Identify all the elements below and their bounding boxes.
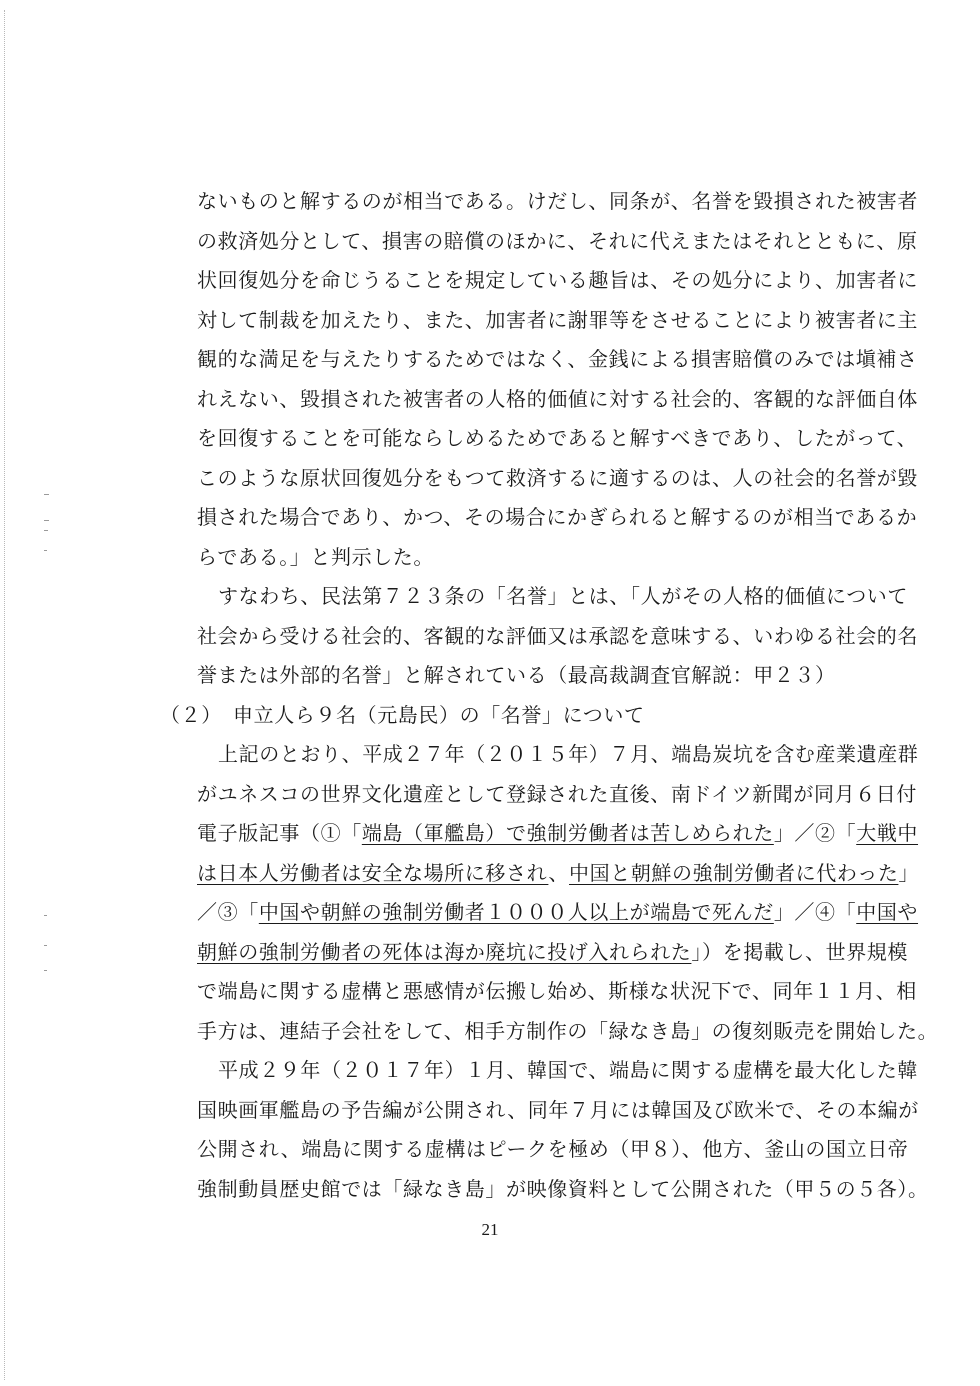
document-body: ないものと解するのが相当である。けだし、同条が、名誉を毀損された被害者の救済処分… [160, 182, 880, 1209]
scan-speck [44, 494, 49, 495]
text-line: 上記のとおり、平成２７年（２０１５年）７月、端島炭坑を含む産業遺産群 [160, 735, 880, 775]
text-segment: 公開され、端島に関する虚構はピークを極め（甲８）、他方、釜山の国立日帝 [197, 1137, 908, 1161]
text-segment: の救済処分として、損害の賠償のほかに、それに代えまたはそれとともに、原 [197, 229, 918, 253]
scan-speck [44, 530, 48, 531]
underlined-quote: 端島（軍艦島）で強制労働者は苦しめられた [362, 821, 774, 845]
text-segment: がユネスコの世界文化遺産として登録された直後、南ドイツ新聞が同月６日付 [197, 782, 917, 806]
underlined-quote: は日本人労働者は安全な場所に移され [197, 861, 548, 885]
text-segment: 状回復処分を命じうることを規定している趣旨は、その処分により、加害者に [197, 268, 918, 292]
text-segment: を回復することを可能ならしめるためであると解すべきであり、したがって、 [197, 426, 917, 450]
text-line: がユネスコの世界文化遺産として登録された直後、南ドイツ新聞が同月６日付 [160, 775, 880, 815]
underlined-quote: 中国と朝鮮の強制労働者に代わった [569, 861, 898, 885]
text-line: 公開され、端島に関する虚構はピークを極め（甲８）、他方、釜山の国立日帝 [160, 1130, 880, 1170]
text-segment: すなわち、民法第７２３条の「名誉」とは、「人がその人格的価値について [218, 584, 908, 608]
scan-speck [44, 520, 49, 521]
page-number: 21 [0, 1220, 980, 1240]
text-line: 電子版記事（①「端島（軍艦島）で強制労働者は苦しめられた」／②「大戦中 [160, 814, 880, 854]
scan-speck [44, 970, 47, 971]
text-segment: 観的な満足を与えたりするためではなく、金銭による損害賠償のみでは塡補さ [197, 347, 918, 371]
text-line: 誉または外部的名誉」と解されている（最高裁調査官解説：甲２３） [160, 656, 880, 696]
text-segment: 上記のとおり、平成２７年（２０１５年）７月、端島炭坑を含む産業遺産群 [218, 742, 918, 766]
text-line: すなわち、民法第７２３条の「名誉」とは、「人がその人格的価値について [160, 577, 880, 617]
text-segment: 誉または外部的名誉」と解されている（最高裁調査官解説：甲２３） [197, 663, 836, 687]
text-segment: 」／④「 [774, 900, 856, 924]
underlined-quote: 朝鮮の強制労働者の死体は海か廃坑に投げ入れられた [197, 940, 691, 964]
text-line: れえない、毀損された被害者の人格的価値に対する社会的、客観的な評価自体 [160, 380, 880, 420]
text-segment: 」）を掲載し、世界規模 [691, 940, 908, 964]
text-segment: で端島に関する虚構と悪感情が伝搬し始め、斯様な状況下で、同年１１月、相 [197, 979, 917, 1003]
text-segment: 国映画軍艦島の予告編が公開され、同年７月には韓国及び欧米で、その本編が [197, 1098, 919, 1122]
text-line: 社会から受ける社会的、客観的な評価又は承認を意味する、いわゆる社会的名 [160, 617, 880, 657]
text-line: 状回復処分を命じうることを規定している趣旨は、その処分により、加害者に [160, 261, 880, 301]
text-line: このような原状回復処分をもつて救済するに適するのは、人の社会的名誉が毀 [160, 459, 880, 499]
text-segment: 社会から受ける社会的、客観的な評価又は承認を意味する、いわゆる社会的名 [197, 624, 918, 648]
text-line: 強制動員歴史館では「緑なき島」が映像資料として公開された（甲５の５各）。 [160, 1170, 880, 1210]
text-line: らである。」と判示した。 [160, 538, 880, 578]
text-segment: れえない、毀損された被害者の人格的価値に対する社会的、客観的な評価自体 [197, 387, 918, 411]
scan-speck [44, 945, 47, 946]
text-line: 手方は、連結子会社をして、相手方制作の「緑なき島」の復刻販売を開始した。 [160, 1012, 880, 1052]
text-line: の救済処分として、損害の賠償のほかに、それに代えまたはそれとともに、原 [160, 222, 880, 262]
scan-speck [44, 550, 47, 551]
underlined-quote: 中国や [856, 900, 918, 924]
text-segment: 平成２９年（２０１７年）１月、韓国で、端島に関する虚構を最大化した韓 [218, 1058, 918, 1082]
text-line: は日本人労働者は安全な場所に移され、中国と朝鮮の強制労働者に代わった」 [160, 854, 880, 894]
text-segment: 手方は、連結子会社をして、相手方制作の「緑なき島」の復刻販売を開始した。 [197, 1019, 938, 1043]
text-segment: らである。」と判示した。 [197, 545, 434, 569]
text-line: を回復することを可能ならしめるためであると解すべきであり、したがって、 [160, 419, 880, 459]
text-line: ／③「中国や朝鮮の強制労働者１０００人以上が端島で死んだ」／④「中国や [160, 893, 880, 933]
text-segment: 損された場合であり、かつ、その場合にかぎられると解するのが相当であるか [197, 505, 917, 529]
text-segment: 対して制裁を加えたり、また、加害者に謝罪等をさせることにより被害者に主 [197, 308, 918, 332]
text-segment: 電子版記事（①「 [197, 821, 362, 845]
text-segment: 」／②「 [774, 821, 856, 845]
text-line: 国映画軍艦島の予告編が公開され、同年７月には韓国及び欧米で、その本編が [160, 1091, 880, 1131]
scan-edge-line [4, 10, 5, 1380]
text-line: 損された場合であり、かつ、その場合にかぎられると解するのが相当であるか [160, 498, 880, 538]
text-line: 対して制裁を加えたり、また、加害者に謝罪等をさせることにより被害者に主 [160, 301, 880, 341]
text-segment: このような原状回復処分をもつて救済するに適するのは、人の社会的名誉が毀 [197, 466, 918, 490]
text-segment: 、 [548, 861, 569, 885]
text-line: ないものと解するのが相当である。けだし、同条が、名誉を毀損された被害者 [160, 182, 880, 222]
underlined-quote: 中国や朝鮮の強制労働者１０００人以上が端島で死んだ [259, 900, 774, 924]
scan-speck [44, 915, 47, 916]
text-segment: 」 [898, 861, 919, 885]
text-line: で端島に関する虚構と悪感情が伝搬し始め、斯様な状況下で、同年１１月、相 [160, 972, 880, 1012]
text-line: 平成２９年（２０１７年）１月、韓国で、端島に関する虚構を最大化した韓 [160, 1051, 880, 1091]
underlined-quote: 大戦中 [856, 821, 918, 845]
text-line: 朝鮮の強制労働者の死体は海か廃坑に投げ入れられた」）を掲載し、世界規模 [160, 933, 880, 973]
text-segment: 申立人ら９名（元島民）の「名誉」について [233, 703, 645, 727]
text-segment: ／③「 [197, 900, 259, 924]
section-number: （２） [160, 696, 233, 736]
text-line: 観的な満足を与えたりするためではなく、金銭による損害賠償のみでは塡補さ [160, 340, 880, 380]
text-segment: ないものと解するのが相当である。けだし、同条が、名誉を毀損された被害者 [197, 189, 918, 213]
section-heading: （２）申立人ら９名（元島民）の「名誉」について [160, 696, 880, 736]
text-segment: 強制動員歴史館では「緑なき島」が映像資料として公開された（甲５の５各）。 [197, 1177, 929, 1201]
